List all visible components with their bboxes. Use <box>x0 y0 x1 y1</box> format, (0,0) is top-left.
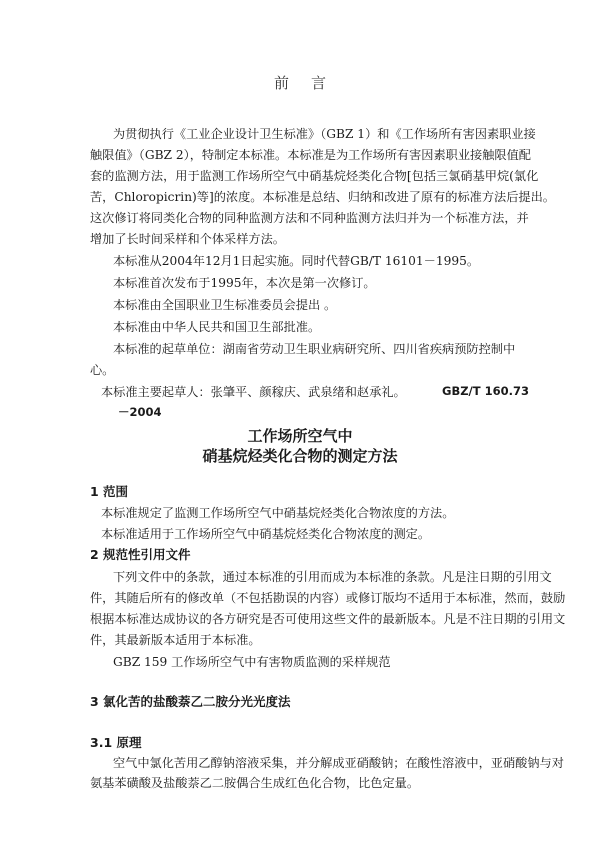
preface-para1-line2: 触限值》（GBZ 2），特制定本标准。本标准是为工作场所有害因素职业接触限值配 <box>90 147 531 163</box>
section-1-line2: 本标准适用于工作场所空气中硝基烷烃类化合物浓度的测定。 <box>101 526 430 542</box>
section-2-heading: 2 规范性引用文件 <box>90 547 191 563</box>
section-2-reference: GBZ 159 工作场所空气中有害物质监测的采样规范 <box>113 654 391 670</box>
preface-para1-line1: 为贯彻执行《工业企业设计卫生标准》（GBZ 1）和《工作场所有害因素职业接 <box>113 126 536 142</box>
preface-para1-line6: 增加了长时间采样和个体采样方法。 <box>90 231 285 247</box>
preface-para1-line4: 苦，Chloropicrin)等]的浓度。本标准是总结、归纳和改进了原有的标准方… <box>90 189 555 205</box>
standard-year: －2004 <box>118 404 162 420</box>
preface-proposed-by: 本标准由全国职业卫生标准委员会提出 。 <box>113 297 336 313</box>
section-3-1-line1: 空气中氯化苦用乙醇钠溶液采集，并分解成亚硝酸钠；在酸性溶液中，亚硝酸钠与对 <box>113 755 564 771</box>
section-2-line4: 件，其最新版本适用于本标准。 <box>90 632 261 648</box>
preface-first-issue: 本标准首次发布于1995年，本次是第一次修订。 <box>113 275 376 291</box>
standard-title-line2: 硝基烷烃类化合物的测定方法 <box>0 445 600 466</box>
preface-para1-line3: 套的监测方法，用于监测工作场所空气中硝基烷烃类化合物[包括三氯硝基甲烷(氯化 <box>90 168 538 184</box>
preface-approved-by: 本标准由中华人民共和国卫生部批准。 <box>113 319 320 335</box>
preface-effective-date: 本标准从2004年12月1日起实施。同时代替GB/T 16101－1995。 <box>113 253 479 269</box>
standard-code: GBZ/T 160.73 <box>442 383 529 399</box>
section-2-line2: 件，其随后所有的修改单（不包括勘误的内容）或修订版均不适用于本标准，然而，鼓励 <box>90 590 565 606</box>
section-3-1-heading: 3.1 原理 <box>90 735 142 751</box>
section-2-line1: 下列文件中的条款，通过本标准的引用而成为本标准的条款。凡是注日期的引用文 <box>113 569 552 585</box>
preface-para1-line5: 这次修订将同类化合物的同种监测方法和不同种监测方法归并为一个标准方法，并 <box>90 210 529 226</box>
section-3-heading: 3 氯化苦的盐酸萘乙二胺分光光度法 <box>90 694 291 710</box>
preface-drafting-units-line2: 心。 <box>90 362 114 378</box>
preface-title: 前言 <box>0 72 600 93</box>
section-1-heading: 1 范围 <box>90 484 128 500</box>
standard-title-line1: 工作场所空气中 <box>0 425 600 446</box>
section-1-line1: 本标准规定了监测工作场所空气中硝基烷烃类化合物浓度的方法。 <box>101 505 454 521</box>
preface-drafting-units-line1: 本标准的起草单位：湖南省劳动卫生职业病研究所、四川省疾病预防控制中 <box>113 341 515 357</box>
section-3-1-line2: 氨基苯磺酸及盐酸萘乙二胺偶合生成红色化合物，比色定量。 <box>90 775 419 791</box>
section-2-line3: 根据本标准达成协议的各方研究是否可使用这些文件的最新版本。凡是不注日期的引用文 <box>90 611 565 627</box>
preface-drafters: 本标准主要起草人：张肇平、颜稼庆、武泉绪和赵承礼。 <box>101 384 406 400</box>
